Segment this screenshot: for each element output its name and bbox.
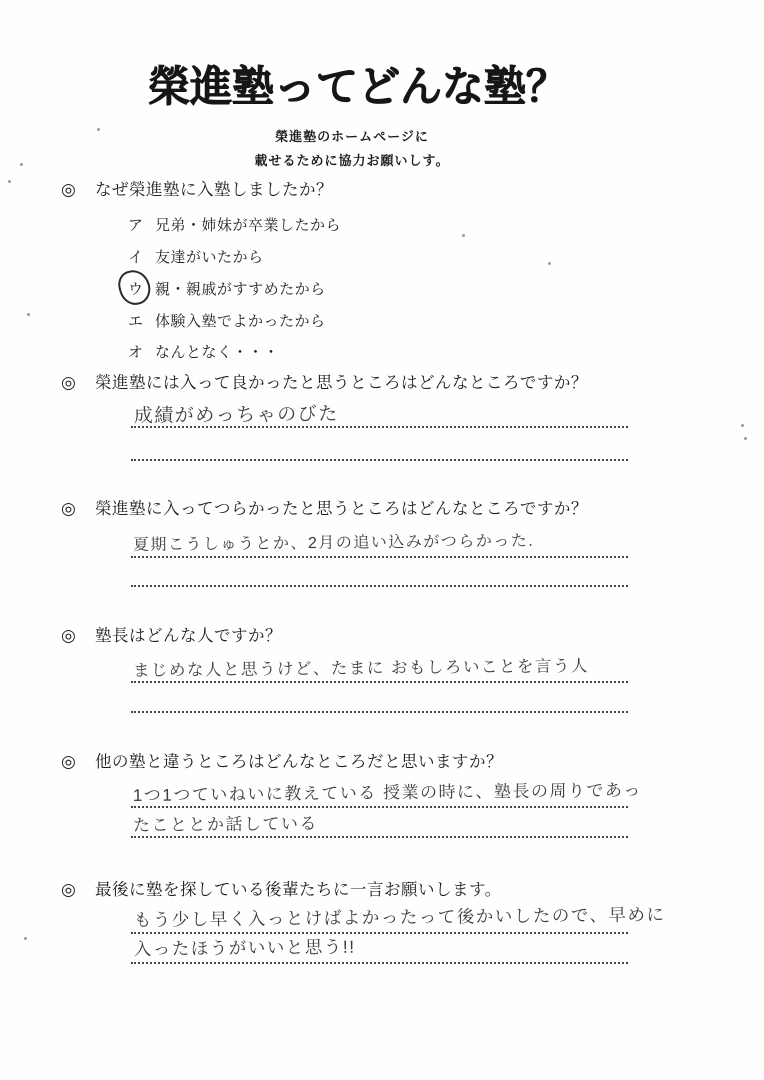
option-letter: オ xyxy=(128,341,155,362)
answer-dotted-line xyxy=(131,681,628,683)
scanned-questionnaire-page: 榮進塾ってどんな塾？ 榮進塾のホームページに 載せるために協力お願いしす。 ◎ … xyxy=(0,0,764,1080)
page-title: 榮進塾ってどんな塾？ xyxy=(148,54,568,114)
option-label: なんとなく・・・ xyxy=(155,344,279,361)
question-6-text: 最後に塾を探している後輩たちに一言お願いします。 xyxy=(95,880,502,900)
double-circle-bullet-icon: ◎ xyxy=(61,752,76,772)
question-1-text: なぜ榮進塾に入塾しましたか？ xyxy=(95,180,333,200)
option-label: 体験入塾でよかったから xyxy=(155,313,326,330)
option-letter: エ xyxy=(128,310,155,331)
subtitle-line-1: 榮進塾のホームページに xyxy=(0,126,704,145)
answer-dotted-line xyxy=(131,962,628,964)
option-row-e: エ体験入塾でよかったから xyxy=(128,310,326,331)
question-3-text: 榮進塾に入ってつらかったと思うところはどんなところですか？ xyxy=(95,499,588,519)
option-label: 友達がいたから xyxy=(155,249,264,266)
double-circle-bullet-icon: ◎ xyxy=(61,180,76,200)
answer-dotted-line xyxy=(131,711,628,713)
scan-speck xyxy=(20,163,23,166)
option-letter: イ xyxy=(128,246,155,267)
answer-dotted-line xyxy=(131,836,628,838)
double-circle-bullet-icon: ◎ xyxy=(61,373,76,393)
question-5-text: 他の塾と違うところはどんなところだと思いますか？ xyxy=(95,752,503,772)
double-circle-bullet-icon: ◎ xyxy=(61,626,76,646)
subtitle-line-2: 載せるために協力お願いしす。 xyxy=(0,150,704,169)
option-row-u-selected: ウ親・親戚がすすめたから xyxy=(128,278,326,299)
scan-speck xyxy=(97,128,100,131)
option-label: 兄弟・姉妹が卒業したから xyxy=(155,217,341,234)
scan-speck xyxy=(744,437,747,440)
scan-speck xyxy=(24,937,27,940)
double-circle-bullet-icon: ◎ xyxy=(61,499,76,519)
handwritten-answer: 1つ1つていねいに教えている 授業の時に、塾長の周りであっ xyxy=(133,776,642,806)
option-label: 親・親戚がすすめたから xyxy=(155,281,326,298)
option-row-a: ア兄弟・姉妹が卒業したから xyxy=(128,214,341,235)
answer-dotted-line xyxy=(131,585,628,587)
scan-speck xyxy=(741,424,744,427)
scan-speck xyxy=(8,180,11,183)
handwritten-answer: 成績がめっちゃのびた xyxy=(134,399,339,428)
option-row-i: イ友達がいたから xyxy=(128,246,264,267)
question-4-text: 塾長はどんな人ですか？ xyxy=(95,626,282,646)
handwritten-answer: たこととか話している xyxy=(133,809,318,836)
question-2-text: 榮進塾には入って良かったと思うところはどんなところですか？ xyxy=(95,373,588,393)
option-letter: ア xyxy=(128,214,155,235)
answer-dotted-line xyxy=(131,426,628,428)
double-circle-bullet-icon: ◎ xyxy=(61,880,76,900)
scan-speck xyxy=(462,234,465,237)
handwritten-answer: まじめな人と思うけど、たまに おもしろいことを言う人 xyxy=(133,652,589,681)
option-row-o: オなんとなく・・・ xyxy=(128,341,279,362)
scan-speck xyxy=(548,262,551,265)
answer-dotted-line xyxy=(131,932,628,934)
handwritten-answer: もう少し早く入っとけばよかったって後かいしたので、早めに xyxy=(134,901,666,932)
handwritten-answer: 入ったほうがいいと思う!! xyxy=(134,934,356,961)
scan-speck xyxy=(27,313,30,316)
answer-dotted-line xyxy=(131,556,628,558)
handwritten-answer: 夏期こうしゅうとか、2月の追い込みがつらかった. xyxy=(133,528,535,555)
answer-dotted-line xyxy=(131,806,628,808)
answer-dotted-line xyxy=(131,459,628,461)
option-letter: ウ xyxy=(128,278,155,299)
